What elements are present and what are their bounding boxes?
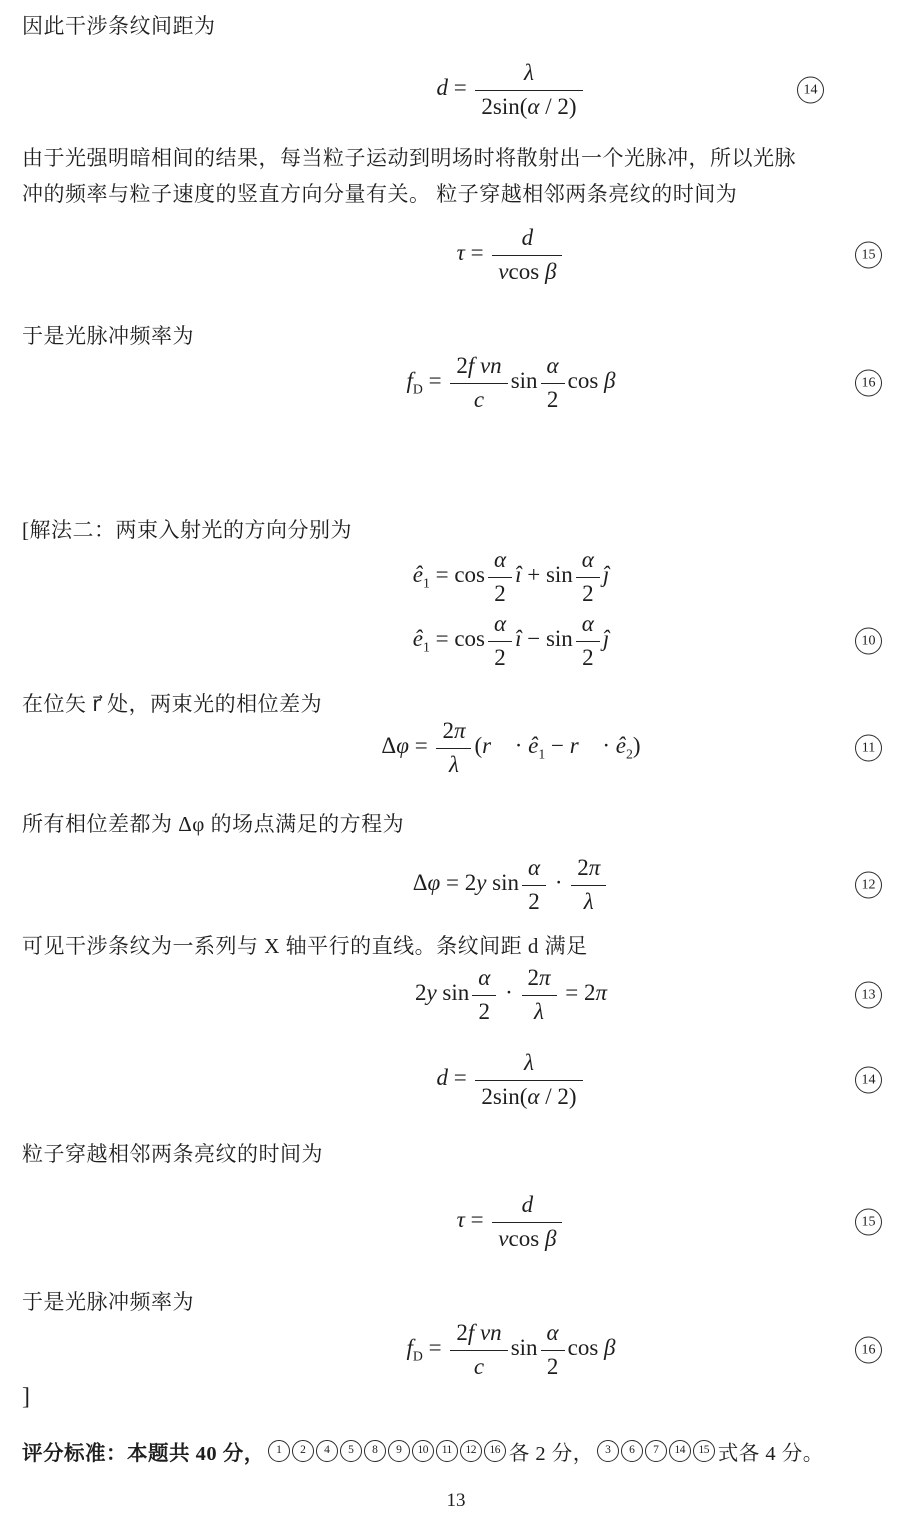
math-token: 2f vn <box>450 352 507 383</box>
fraction: dvcos β <box>492 224 562 286</box>
equation-number-badge: 11 <box>855 735 882 762</box>
math-token: λ <box>436 749 471 779</box>
math-token: λ <box>475 59 582 90</box>
circled-number: 15 <box>693 1440 715 1462</box>
math-token: 2 <box>442 718 454 743</box>
equation-14-second: d = λ2sin(α / 2)14 <box>0 1040 912 1120</box>
equation-number-badge: 14 <box>797 77 824 104</box>
math-token: α <box>488 546 512 577</box>
math-token: π <box>454 718 466 743</box>
math-token: fD <box>406 368 422 393</box>
circled-number: 11 <box>436 1440 458 1462</box>
math-token: 2 <box>494 581 506 606</box>
equation-number-badge: 10 <box>855 628 882 655</box>
math-token: α <box>541 1319 565 1350</box>
equation-number-badge: 13 <box>855 982 882 1009</box>
equation-number-badge: 12 <box>855 872 882 899</box>
circled-number: 1 <box>268 1440 290 1462</box>
math-token: / 2) <box>540 1084 577 1109</box>
fraction: dvcos β <box>492 1191 562 1253</box>
math-token: = <box>423 1335 447 1360</box>
equation-16-first: fD = 2f vncsinα2cos β16 <box>0 343 912 423</box>
math-token: = <box>423 368 447 393</box>
math-token: d <box>492 224 562 255</box>
math-token: cos <box>509 1226 545 1251</box>
math-token: y <box>426 980 436 1005</box>
math-token: 2sin( <box>481 94 527 119</box>
math-token: d <box>436 75 448 100</box>
math-token: 2 <box>472 996 496 1026</box>
circled-number: 4 <box>316 1440 338 1462</box>
equation-body: d = λ2sin(α / 2) <box>436 1049 585 1111</box>
equation-15-second: τ = dvcos β15 <box>0 1182 912 1262</box>
math-token: ê2 <box>616 733 633 758</box>
math-token: λ <box>571 886 606 916</box>
paragraph-solution2-heading: [解法二：两束入射光的方向分别为 <box>22 512 352 548</box>
math-token: α <box>494 611 506 636</box>
math-token: · <box>597 733 616 758</box>
equation-body: Δφ = 2πλ(r⃗ · ê1 − r⃗ · ê2) <box>381 717 640 779</box>
math-token: · <box>509 733 528 758</box>
math-token: β <box>545 259 556 284</box>
math-token: 2sin( <box>481 1084 527 1109</box>
math-token: α <box>494 547 506 572</box>
math-token: c <box>450 1351 507 1381</box>
math-token: c <box>474 387 484 412</box>
circled-number: 16 <box>484 1440 506 1462</box>
math-token: ĵ <box>603 626 609 651</box>
math-token: = <box>448 1065 472 1090</box>
equation-12: Δφ = 2y sinα2 · 2πλ12 <box>0 845 912 925</box>
math-token: − sin <box>521 626 572 651</box>
fraction: α2 <box>488 610 512 672</box>
math-token: α <box>547 353 559 378</box>
scoring-standard-line: 评分标准：本题共 40 分， 12458910111216 各 2 分， 367… <box>22 1436 894 1466</box>
equation-body: fD = 2f vncsinα2cos β <box>406 352 615 414</box>
math-token: 2π <box>522 964 557 995</box>
math-token: 2sin(α / 2) <box>475 91 582 121</box>
fraction: 2f vnc <box>450 1319 507 1381</box>
math-token: α <box>478 965 490 990</box>
equation-11: Δφ = 2πλ(r⃗ · ê1 − r⃗ · ê2)11 <box>0 708 912 788</box>
scoring-circles-group2: 3671415 <box>596 1440 716 1462</box>
math-token: 2f vn <box>450 1319 507 1350</box>
paragraph-fringe-spacing-intro: 因此干涉条纹间距为 <box>22 8 216 44</box>
math-token: d <box>492 1191 562 1222</box>
paragraph-particle-crossing-time: 粒子穿越相邻两条亮纹的时间为 <box>22 1136 323 1172</box>
subscript: 1 <box>538 747 545 762</box>
math-token: 2 <box>522 886 546 916</box>
math-token: 2 <box>582 645 594 670</box>
math-token: φ <box>396 733 409 758</box>
equation-body: ê1 = cosα2î + sinα2ĵ <box>413 546 610 608</box>
math-token: f vn <box>468 353 502 378</box>
math-token: 2 <box>494 645 506 670</box>
fraction: 2πλ <box>522 964 557 1026</box>
math-token: vcos β <box>492 256 562 286</box>
circled-number: 7 <box>645 1440 667 1462</box>
math-token: α <box>576 546 600 577</box>
math-token: d <box>522 225 534 250</box>
math-token: β <box>604 1335 615 1360</box>
math-token: τ <box>457 240 465 265</box>
math-token: 2π <box>436 717 471 748</box>
scoring-prefix: 评分标准：本题共 40 分， <box>22 1436 265 1466</box>
math-token: 2 <box>576 642 600 672</box>
math-token: α <box>472 964 496 995</box>
math-token: 2 <box>541 384 565 414</box>
math-token: ê1 <box>413 562 430 587</box>
equation-number-badge: 15 <box>855 242 882 269</box>
equation-body: τ = dvcos β <box>457 224 566 286</box>
math-token: ( <box>474 733 482 758</box>
math-token: 2 <box>479 999 491 1024</box>
math-token: α <box>541 352 565 383</box>
math-token: / 2) <box>540 94 577 119</box>
math-token: = cos <box>430 562 485 587</box>
circled-number: 6 <box>621 1440 643 1462</box>
math-token: c <box>450 384 507 414</box>
math-token: 2π <box>571 854 606 885</box>
subscript: D <box>413 382 423 397</box>
math-token: β <box>545 1226 556 1251</box>
math-token: λ <box>522 996 557 1026</box>
math-token: α <box>488 610 512 641</box>
equation-number-badge: 14 <box>855 1067 882 1094</box>
equation-body: ê1 = cosα2î − sinα2ĵ <box>413 610 610 672</box>
math-token: cos <box>568 1335 604 1360</box>
math-token: 2 <box>528 889 540 914</box>
equation-body: τ = dvcos β <box>457 1191 566 1253</box>
math-token: r⃗ <box>482 733 509 758</box>
subscript: D <box>413 1349 423 1364</box>
equation-body: d = λ2sin(α / 2) <box>436 59 585 121</box>
math-token: = <box>448 75 472 100</box>
equation-14-first: d = λ2sin(α / 2)14 <box>0 50 912 130</box>
math-token: v <box>498 259 508 284</box>
fraction: λ2sin(α / 2) <box>475 1049 582 1111</box>
math-token: α <box>582 611 594 636</box>
math-token: 2 <box>547 387 559 412</box>
math-token: Δ <box>413 870 428 895</box>
math-token: 2 <box>488 578 512 608</box>
equation-16-second: fD = 2f vncsinα2cos β16 <box>0 1310 912 1390</box>
math-token: 2 <box>541 1351 565 1381</box>
fraction: 2f vnc <box>450 352 507 414</box>
math-token: π <box>539 965 551 990</box>
closing-bracket: ] <box>22 1384 30 1411</box>
fraction: λ2sin(α / 2) <box>475 59 582 121</box>
math-token: fD <box>406 1335 422 1360</box>
equation-10-line1: ê1 = cosα2î + sinα2ĵ <box>0 545 912 609</box>
math-token: λ <box>584 889 594 914</box>
fraction: α2 <box>541 1319 565 1381</box>
fraction: 2πλ <box>571 854 606 916</box>
math-token: α <box>527 94 539 119</box>
math-token: ĵ <box>603 562 609 587</box>
math-token: = 2 <box>560 980 596 1005</box>
math-token: = <box>465 1207 489 1232</box>
math-token: λ <box>534 999 544 1024</box>
math-token: τ <box>457 1207 465 1232</box>
math-token: sin <box>511 368 538 393</box>
math-token: = <box>409 733 433 758</box>
scoring-circles-group1: 12458910111216 <box>267 1440 507 1462</box>
math-token: sin <box>511 1335 538 1360</box>
math-token: λ <box>524 60 534 85</box>
circled-number: 12 <box>460 1440 482 1462</box>
math-token: + sin <box>521 562 572 587</box>
math-token: λ <box>524 1050 534 1075</box>
equation-body: fD = 2f vncsinα2cos β <box>406 1319 615 1381</box>
math-token: α <box>582 547 594 572</box>
math-token: d <box>522 1192 534 1217</box>
equation-body: Δφ = 2y sinα2 · 2πλ <box>413 854 610 916</box>
circled-number: 3 <box>597 1440 619 1462</box>
math-token: = <box>465 240 489 265</box>
math-token: 2 <box>415 980 427 1005</box>
fraction: α2 <box>576 610 600 672</box>
math-token: 2 <box>456 353 468 378</box>
math-token: 2 <box>547 1354 559 1379</box>
equation-13: 2y sinα2 · 2πλ = 2π13 <box>0 955 912 1035</box>
math-token: v <box>498 1226 508 1251</box>
math-token: = cos <box>430 626 485 651</box>
math-token: π <box>596 980 608 1005</box>
equation-number-badge: 15 <box>855 1209 882 1236</box>
equation-number-badge: 16 <box>855 1337 882 1364</box>
math-token: − <box>545 733 569 758</box>
math-token: c <box>474 1354 484 1379</box>
math-token: · <box>499 980 518 1005</box>
math-token: ê1 <box>528 733 545 758</box>
fraction: α2 <box>541 352 565 414</box>
math-token: 2 <box>488 642 512 672</box>
circled-number: 2 <box>292 1440 314 1462</box>
math-token: y <box>476 870 486 895</box>
scoring-suffix: 式各 4 分。 <box>718 1436 824 1466</box>
math-token: π <box>589 855 601 880</box>
paragraph-equal-phase-points: 所有相位差都为 Δφ 的场点满足的方程为 <box>22 806 404 842</box>
scoring-mid-text: 各 2 分， <box>509 1436 594 1466</box>
math-token: α <box>522 854 546 885</box>
math-token: φ <box>427 870 440 895</box>
equation-number-badge: 16 <box>855 370 882 397</box>
math-token: vcos β <box>492 1223 562 1253</box>
fraction: α2 <box>522 854 546 916</box>
math-token: cos <box>568 368 604 393</box>
fraction: α2 <box>576 546 600 608</box>
equation-15-first: τ = dvcos β15 <box>0 215 912 295</box>
math-token: ê1 <box>413 626 430 651</box>
math-token: 2 <box>528 965 540 990</box>
circled-number: 5 <box>340 1440 362 1462</box>
fraction: α2 <box>472 964 496 1026</box>
fraction: 2πλ <box>436 717 471 779</box>
fraction: α2 <box>488 546 512 608</box>
math-token: α <box>528 855 540 880</box>
math-token: α <box>576 610 600 641</box>
math-token: λ <box>449 752 459 777</box>
math-token: sin <box>437 980 470 1005</box>
circled-number: 9 <box>388 1440 410 1462</box>
equation-10-pair: ê1 = cosα2î + sinα2ĵ ê1 = cosα2î − sinα2… <box>0 545 912 673</box>
math-token: α <box>527 1084 539 1109</box>
page-number: 13 <box>0 1490 912 1512</box>
math-token: cos <box>509 259 545 284</box>
math-token: 2 <box>576 578 600 608</box>
math-token: d <box>436 1065 448 1090</box>
equation-body: 2y sinα2 · 2πλ = 2π <box>415 964 607 1026</box>
math-token: · <box>549 870 568 895</box>
circled-number: 14 <box>669 1440 691 1462</box>
math-token: = 2 <box>440 870 476 895</box>
equation-10-line2: ê1 = cosα2î − sinα2ĵ <box>0 609 912 673</box>
math-token: λ <box>475 1049 582 1080</box>
math-token: 2 <box>582 581 594 606</box>
math-token: α <box>547 1320 559 1345</box>
math-token: β <box>604 368 615 393</box>
math-token: sin <box>486 870 519 895</box>
circled-number: 10 <box>412 1440 434 1462</box>
math-token: f vn <box>468 1320 502 1345</box>
math-token: Δ <box>381 733 396 758</box>
math-token: 2 <box>577 855 589 880</box>
paragraph-light-pulse-explanation: 由于光强明暗相间的结果，每当粒子运动到明场时将散射出一个光脉冲，所以光脉冲的频率… <box>22 140 814 212</box>
math-token: ) <box>633 733 641 758</box>
circled-number: 8 <box>364 1440 386 1462</box>
math-token: r⃗ <box>570 733 597 758</box>
math-token: 2 <box>456 1320 468 1345</box>
math-token: 2sin(α / 2) <box>475 1081 582 1111</box>
